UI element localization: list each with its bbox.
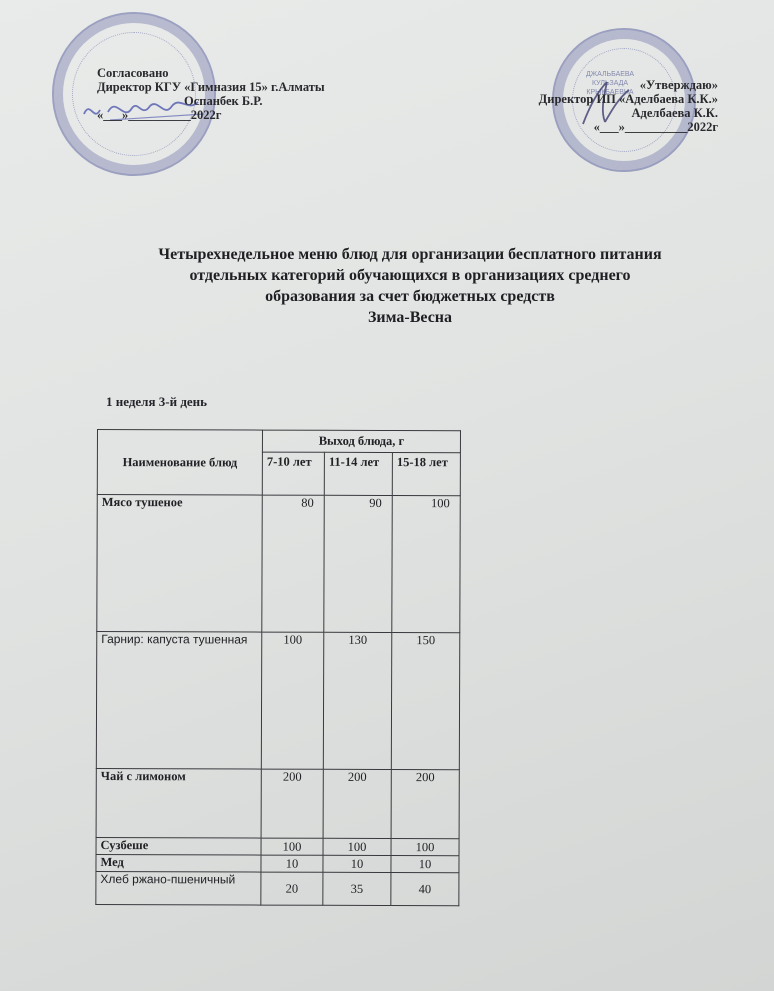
approval-block-left: Согласовано Директор КГУ «Гимназия 15» г… (97, 66, 325, 122)
dish-name: Хлеб ржано-пшеничный (96, 871, 261, 905)
approval-left-heading: Согласовано (97, 66, 325, 80)
title-line-1: Четырехнедельное меню блюд для организац… (90, 244, 730, 265)
header-dish-name: Наименование блюд (97, 430, 262, 496)
approval-right-heading: «Утверждаю» (518, 78, 718, 92)
portion-15-18: 100 (392, 496, 460, 633)
portion-7-10: 10 (261, 855, 323, 872)
portion-11-14: 10 (323, 855, 391, 872)
day-label: 1 неделя 3-й день (106, 394, 207, 410)
table-row: Мясо тушеное 80 90 100 (97, 495, 460, 633)
table-row: Сузбеше 100 100 100 (96, 837, 459, 855)
dish-name: Мясо тушеное (97, 495, 262, 633)
approval-left-position: Директор КГУ «Гимназия 15» г.Алматы (97, 80, 325, 94)
dish-name: Мед (96, 854, 261, 872)
approval-block-right: «Утверждаю» Директор ИП «Аделбаева К.К.»… (518, 78, 718, 134)
approval-left-signer: Оспанбек Б.Р. (97, 94, 325, 108)
portion-15-18: 100 (391, 839, 459, 856)
header-age-7-10: 7-10 лет (262, 452, 324, 495)
table-row: Хлеб ржано-пшеничный 20 35 40 (96, 871, 459, 905)
approval-left-date: «___»__________2022г (97, 108, 325, 122)
approval-right-position: Директор ИП «Аделбаева К.К.» (518, 92, 718, 106)
table-header-row: Наименование блюд Выход блюда, г (97, 430, 460, 453)
portion-11-14: 200 (323, 769, 391, 838)
header-age-15-18: 15-18 лет (392, 453, 460, 496)
title-season: Зима-Весна (90, 307, 730, 328)
approval-right-signer: Аделбаева К.К. (518, 106, 718, 120)
portion-15-18: 40 (391, 873, 459, 906)
table-row: Мед 10 10 10 (96, 854, 459, 872)
table-row: Гарнир: капуста тушенная 100 130 150 (96, 632, 459, 770)
approval-right-date: «___»__________2022г (518, 120, 718, 134)
menu-table: Наименование блюд Выход блюда, г 7-10 ле… (95, 429, 461, 906)
portion-7-10: 100 (261, 632, 323, 769)
title-line-2: отдельных категорий обучающихся в органи… (90, 265, 730, 286)
portion-11-14: 130 (323, 632, 391, 769)
table-row: Чай с лимоном 200 200 200 (96, 768, 459, 838)
dish-name: Гарнир: капуста тушенная (96, 632, 261, 770)
portion-7-10: 80 (262, 495, 324, 632)
portion-7-10: 20 (261, 872, 323, 905)
dish-name: Чай с лимоном (96, 768, 261, 838)
portion-15-18: 10 (391, 856, 459, 873)
header-portion-yield: Выход блюда, г (262, 430, 460, 453)
portion-7-10: 100 (261, 838, 323, 855)
portion-11-14: 35 (323, 872, 391, 905)
portion-11-14: 100 (323, 838, 391, 855)
title-line-3: образования за счет бюджетных средств (90, 286, 730, 307)
portion-11-14: 90 (324, 495, 392, 632)
portion-7-10: 200 (261, 769, 323, 838)
header-age-11-14: 11-14 лет (324, 452, 392, 495)
document-title: Четырехнедельное меню блюд для организац… (90, 244, 730, 328)
portion-15-18: 200 (391, 770, 459, 839)
portion-15-18: 150 (391, 633, 459, 770)
dish-name: Сузбеше (96, 837, 261, 855)
